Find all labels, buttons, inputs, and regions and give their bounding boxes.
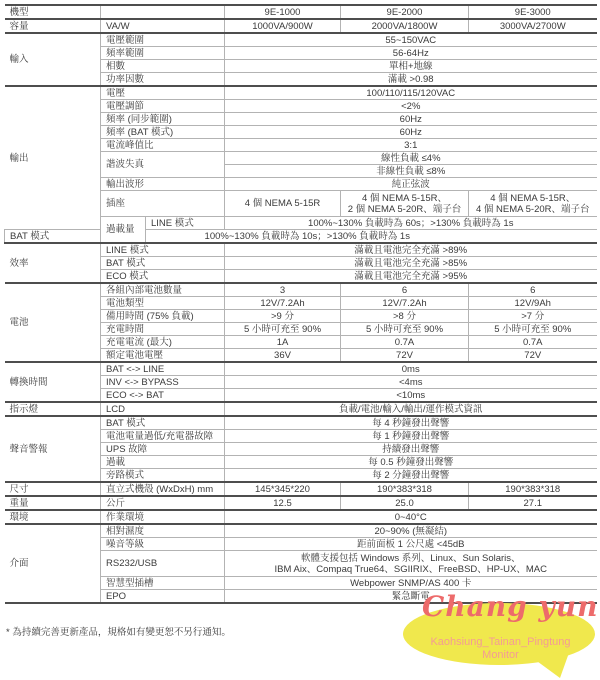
- value-cell: 4 個 NEMA 5-15R: [225, 191, 341, 217]
- value-cell: 55~150VAC: [225, 33, 597, 47]
- value-cell: 6: [469, 283, 597, 297]
- group-label: 機型: [5, 5, 101, 19]
- value-cell: >9 分: [225, 310, 341, 323]
- value-cell: 6: [341, 283, 469, 297]
- param-label: EPO: [101, 590, 225, 604]
- value-cell: 12.5: [225, 496, 341, 510]
- spec-sheet-page: 機型9E-10009E-20009E-3000容量VA/W1000VA/900W…: [0, 0, 600, 680]
- value-cell: 9E-3000: [469, 5, 597, 19]
- value-cell: 單相+地線: [225, 60, 597, 73]
- param-label: 各組內部電池數量: [101, 283, 225, 297]
- table-row: 環境作業環境0~40°C: [5, 510, 597, 524]
- table-row: 輸入電壓範圍55~150VAC: [5, 33, 597, 47]
- param-label: RS232/USB: [101, 551, 225, 577]
- group-label: 輸出: [5, 86, 101, 230]
- value-cell: 軟體支援包括 Windows 系列、Linux、Sun Solaris、 IBM…: [225, 551, 597, 577]
- value-cell: 2000VA/1800W: [341, 19, 469, 33]
- value-cell: 5 小時可充至 90%: [341, 323, 469, 336]
- value-cell: 9E-2000: [341, 5, 469, 19]
- value-cell: 距前面板 1 公尺處 <45dB: [225, 538, 597, 551]
- param-label: 輸出波形: [101, 178, 225, 191]
- sub-param-label: LINE 模式: [146, 217, 225, 230]
- watermark: Chang yun's Kaohsiung_Tainan_Pingtung Mo…: [398, 594, 600, 680]
- group-label: 聲音警報: [5, 416, 101, 482]
- param-label: 相數: [101, 60, 225, 73]
- value-cell: 190*383*318: [341, 482, 469, 496]
- param-label: 作業環境: [101, 510, 225, 524]
- value-cell: 12V/7.2Ah: [225, 297, 341, 310]
- value-cell: 非線性負載 ≤8%: [225, 165, 597, 178]
- value-cell: 12V/7.2Ah: [341, 297, 469, 310]
- param-label: 過載量: [101, 217, 146, 244]
- group-label: 環境: [5, 510, 101, 524]
- value-cell: 3:1: [225, 139, 597, 152]
- value-cell: 25.0: [341, 496, 469, 510]
- value-cell: 0.7A: [341, 336, 469, 349]
- table-row: 重量公斤12.525.027.1: [5, 496, 597, 510]
- value-cell: 1A: [225, 336, 341, 349]
- value-cell: 56-64Hz: [225, 47, 597, 60]
- value-cell: <2%: [225, 100, 597, 113]
- table-row: 電池各組內部電池數量366: [5, 283, 597, 297]
- value-cell: 每 4 秒鐘發出聲響: [225, 416, 597, 430]
- param-label: BAT 模式: [101, 416, 225, 430]
- param-label: 充電時間: [101, 323, 225, 336]
- param-label: 過載: [101, 456, 225, 469]
- param-label: BAT 模式: [101, 257, 225, 270]
- param-label: 頻率 (BAT 模式): [101, 126, 225, 139]
- value-cell: 5 小時可充至 90%: [225, 323, 341, 336]
- value-cell: 4 個 NEMA 5-15R、 4 個 NEMA 5-20R、端子台: [469, 191, 597, 217]
- group-label: 指示燈: [5, 402, 101, 416]
- value-cell: 滿載 >0.98: [225, 73, 597, 87]
- param-label: LCD: [101, 402, 225, 416]
- spec-table: 機型9E-10009E-20009E-3000容量VA/W1000VA/900W…: [4, 4, 597, 604]
- param-label: 相對濕度: [101, 524, 225, 538]
- value-cell: 持續發出聲響: [225, 443, 597, 456]
- table-row: 尺寸直立式機殼 (WxDxH) mm145*345*220190*383*318…: [5, 482, 597, 496]
- param-label: VA/W: [101, 19, 225, 33]
- param-label: [101, 5, 225, 19]
- value-cell: 20~90% (無凝結): [225, 524, 597, 538]
- value-cell: 緊急斷電: [225, 590, 597, 604]
- watermark-subtitle: Kaohsiung_Tainan_Pingtung: [408, 636, 593, 648]
- param-label: 功率因數: [101, 73, 225, 87]
- param-label: 電池電量過低/充電器故障: [101, 430, 225, 443]
- param-label: 直立式機殼 (WxDxH) mm: [101, 482, 225, 496]
- value-cell: 100%~130% 負載時為 10s；>130% 負載時為 1s: [146, 230, 469, 244]
- footnote: * 為持續完善更新產品，規格如有變更恕不另行通知。: [6, 624, 231, 638]
- table-row: 容量VA/W1000VA/900W2000VA/1800W3000VA/2700…: [5, 19, 597, 33]
- value-cell: 每 1 秒鐘發出聲響: [225, 430, 597, 443]
- speech-bubble-icon: [398, 594, 600, 680]
- param-label: 諧波失真: [101, 152, 225, 178]
- param-label: 電壓範圍: [101, 33, 225, 47]
- value-cell: 12V/9Ah: [469, 297, 597, 310]
- value-cell: 滿載且電池完全充滿 >85%: [225, 257, 597, 270]
- value-cell: 滿載且電池完全充滿 >89%: [225, 243, 597, 257]
- param-label: UPS 故障: [101, 443, 225, 456]
- value-cell: 145*345*220: [225, 482, 341, 496]
- table-row: BAT 模式100%~130% 負載時為 10s；>130% 負載時為 1s: [5, 230, 597, 244]
- table-row: 介面相對濕度20~90% (無凝結): [5, 524, 597, 538]
- param-label: 電壓: [101, 86, 225, 100]
- value-cell: 3000VA/2700W: [469, 19, 597, 33]
- value-cell: 滿載且電池完全充滿 >95%: [225, 270, 597, 284]
- value-cell: Webpower SNMP/AS 400 卡: [225, 577, 597, 590]
- param-label: 旁路模式: [101, 469, 225, 483]
- value-cell: <4ms: [225, 376, 597, 389]
- param-label: 噪音等級: [101, 538, 225, 551]
- value-cell: >8 分: [341, 310, 469, 323]
- param-label: BAT <-> LINE: [101, 362, 225, 376]
- group-label: 效率: [5, 243, 101, 283]
- group-label: 電池: [5, 283, 101, 362]
- value-cell: 3: [225, 283, 341, 297]
- table-row: 聲音警報BAT 模式每 4 秒鐘發出聲響: [5, 416, 597, 430]
- param-label: 充電電流 (最大): [101, 336, 225, 349]
- value-cell: 每 0.5 秒鐘發出聲響: [225, 456, 597, 469]
- group-label: 尺寸: [5, 482, 101, 496]
- value-cell: >7 分: [469, 310, 597, 323]
- param-label: INV <-> BYPASS: [101, 376, 225, 389]
- param-label: 智慧型插槽: [101, 577, 225, 590]
- value-cell: 0.7A: [469, 336, 597, 349]
- value-cell: 0ms: [225, 362, 597, 376]
- value-cell: 純正弦波: [225, 178, 597, 191]
- param-label: 頻率範圍: [101, 47, 225, 60]
- sub-param-label: BAT 模式: [5, 230, 101, 244]
- param-label: 公斤: [101, 496, 225, 510]
- group-label: 輸入: [5, 33, 101, 86]
- param-label: 電池類型: [101, 297, 225, 310]
- param-label: 頻率 (同步範圍): [101, 113, 225, 126]
- param-label: 額定電池電壓: [101, 349, 225, 363]
- value-cell: 4 個 NEMA 5-15R、 2 個 NEMA 5-20R、端子台: [341, 191, 469, 217]
- value-cell: 36V: [225, 349, 341, 363]
- table-row: 輸出電壓100/110/115/120VAC: [5, 86, 597, 100]
- table-row: 效率LINE 模式滿載且電池完全充滿 >89%: [5, 243, 597, 257]
- group-label: 容量: [5, 19, 101, 33]
- value-cell: 5 小時可充至 90%: [469, 323, 597, 336]
- value-cell: 1000VA/900W: [225, 19, 341, 33]
- value-cell: 72V: [341, 349, 469, 363]
- table-row: 轉換時間BAT <-> LINE0ms: [5, 362, 597, 376]
- param-label: 插座: [101, 191, 225, 217]
- watermark-subtitle2: Monitor: [408, 649, 593, 661]
- group-label: 介面: [5, 524, 101, 603]
- value-cell: 每 2 分鐘發出聲響: [225, 469, 597, 483]
- value-cell: 100%~130% 負載時為 60s；>130% 負載時為 1s: [225, 217, 597, 230]
- param-label: 電壓調節: [101, 100, 225, 113]
- param-label: 備用時間 (75% 負載): [101, 310, 225, 323]
- value-cell: 72V: [469, 349, 597, 363]
- param-label: ECO 模式: [101, 270, 225, 284]
- value-cell: 190*383*318: [469, 482, 597, 496]
- value-cell: 27.1: [469, 496, 597, 510]
- value-cell: <10ms: [225, 389, 597, 403]
- value-cell: 60Hz: [225, 113, 597, 126]
- value-cell: 線性負載 ≤4%: [225, 152, 597, 165]
- param-label: ECO <-> BAT: [101, 389, 225, 403]
- value-cell: 負載/電池/輸入/輸出/運作模式資訊: [225, 402, 597, 416]
- param-label: LINE 模式: [101, 243, 225, 257]
- value-cell: 60Hz: [225, 126, 597, 139]
- table-row: 指示燈LCD負載/電池/輸入/輸出/運作模式資訊: [5, 402, 597, 416]
- value-cell: 100/110/115/120VAC: [225, 86, 597, 100]
- group-label: 轉換時間: [5, 362, 101, 402]
- param-label: 電流峰值比: [101, 139, 225, 152]
- value-cell: 9E-1000: [225, 5, 341, 19]
- value-cell: 0~40°C: [225, 510, 597, 524]
- group-label: 重量: [5, 496, 101, 510]
- table-row: 機型9E-10009E-20009E-3000: [5, 5, 597, 19]
